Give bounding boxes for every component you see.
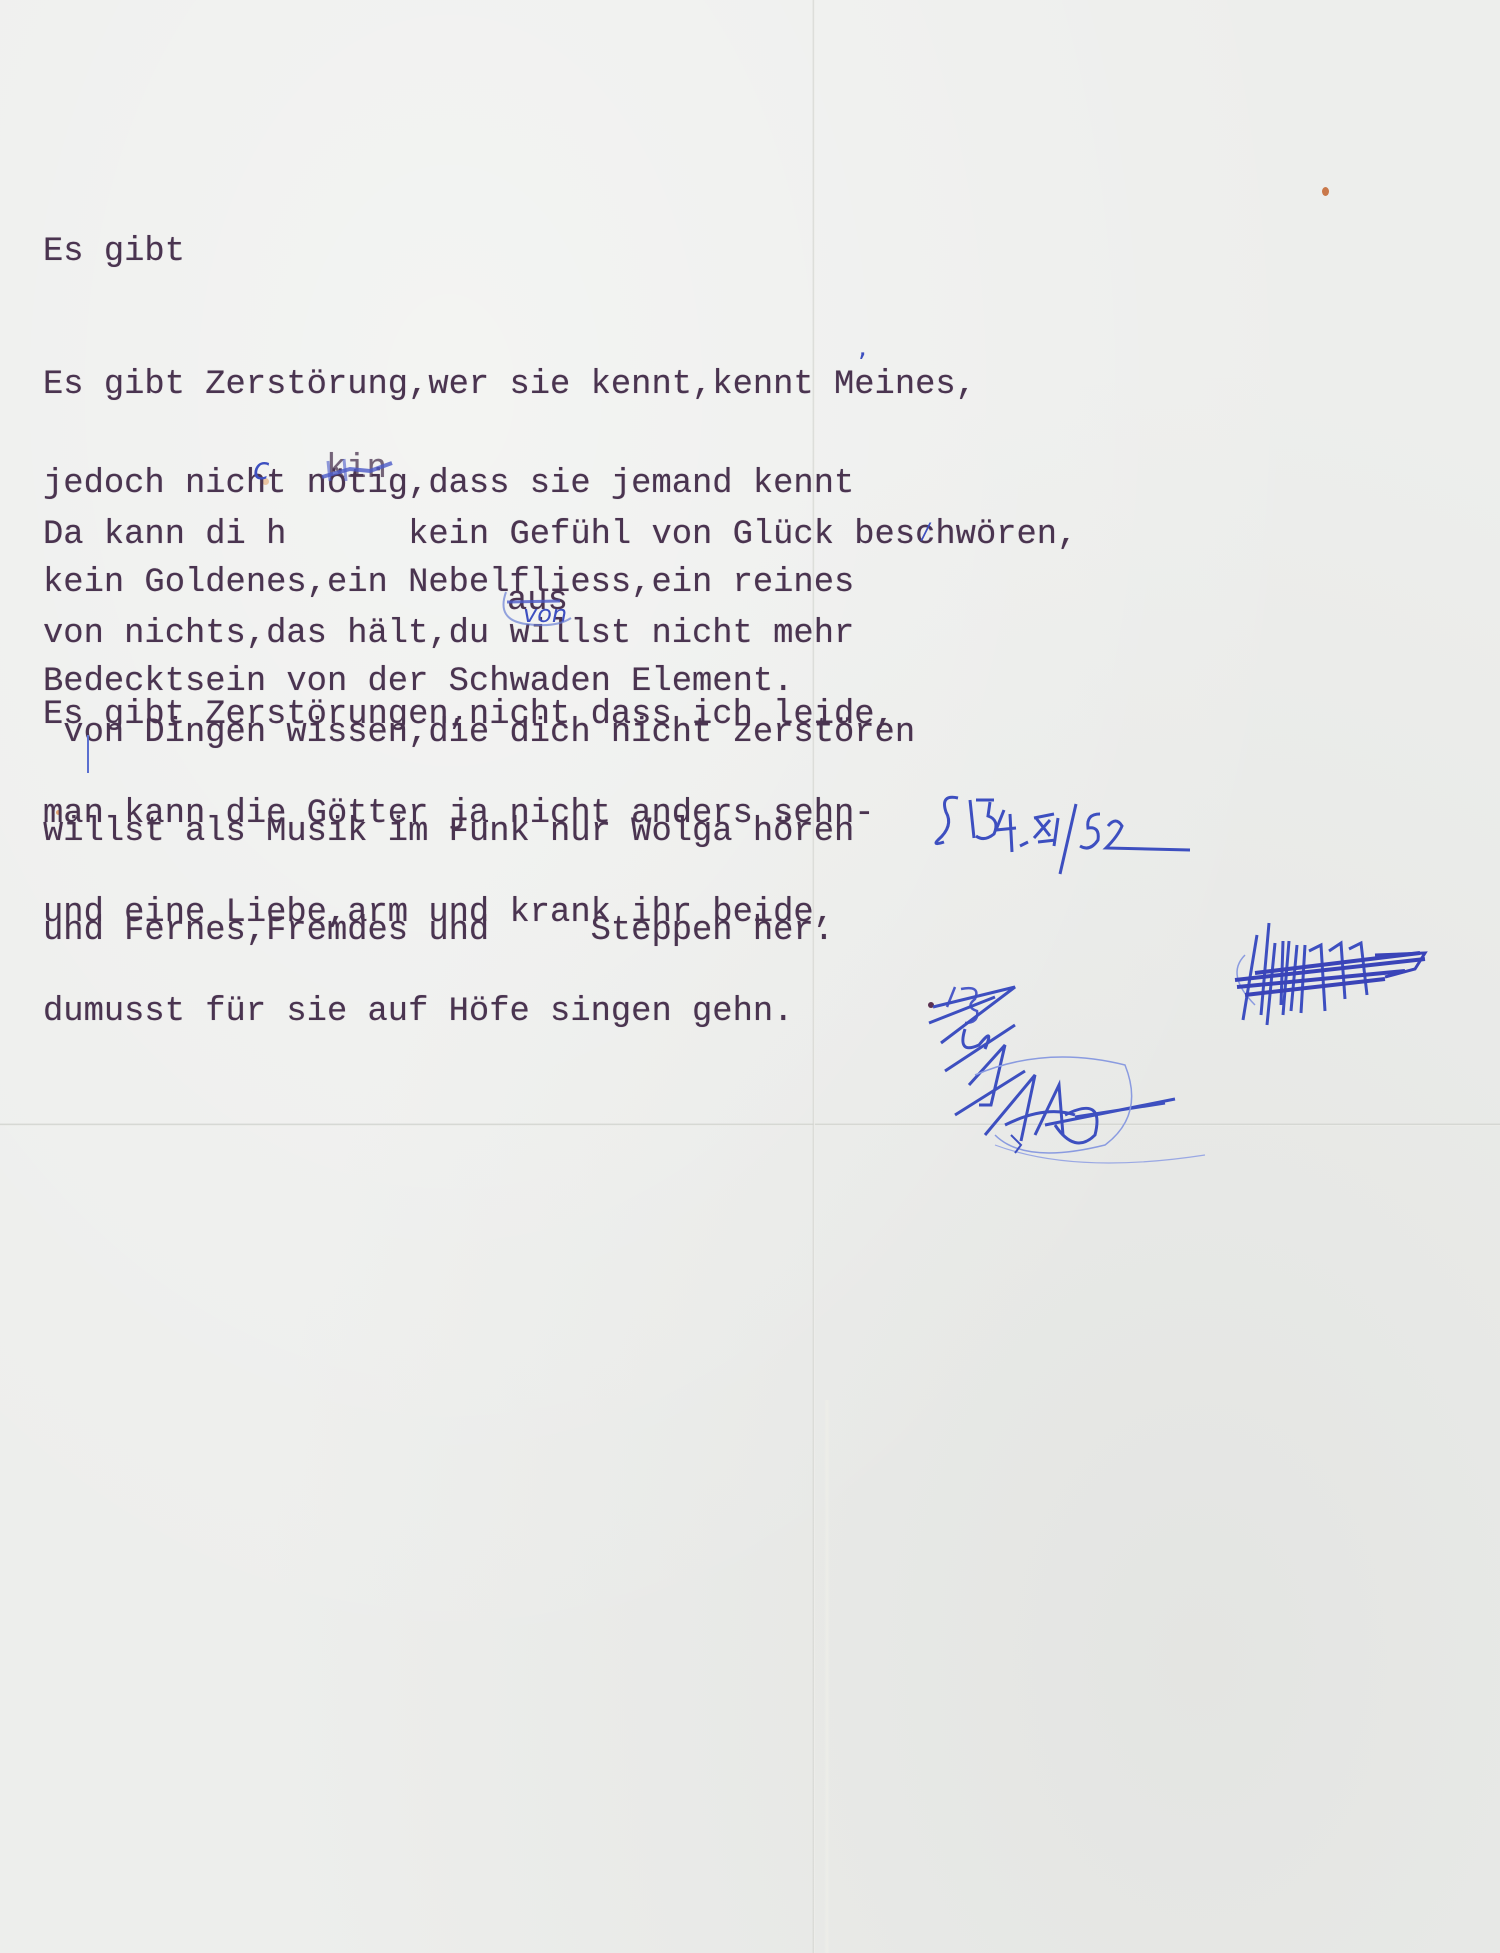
stanza-3: Es gibt Zerstörungen,nicht dass ich leid… xyxy=(43,633,895,1095)
insertion-loop-mark xyxy=(496,590,576,630)
vertical-fold-line-lower xyxy=(824,1400,830,1953)
handwritten-comma: , xyxy=(858,330,867,363)
horizontal-fold-line xyxy=(0,1123,1500,1126)
orange-stain-spot xyxy=(1322,187,1329,196)
crossed-out-scribble-left xyxy=(925,985,1205,1185)
poem-line: und eine Liebe,arm und krank ihr beide, xyxy=(43,897,895,930)
crossed-out-scribble-right xyxy=(1225,915,1435,1035)
poem-line: Es gibt Zerstörungen,nicht dass ich leid… xyxy=(43,699,895,732)
vertical-insert-mark xyxy=(86,735,90,775)
poem-line: Es gibt Zerstörung,wer sie kennt,kennt M… xyxy=(43,369,976,402)
poem-line: dumusst für sie auf Höfe singen gehn. xyxy=(43,996,895,1029)
handwritten-insert-c: c xyxy=(253,452,270,487)
paper-sheet: Es gibt Es gibt Zerstörung,wer sie kennt… xyxy=(0,0,1500,1953)
handwritten-slash-comma: / xyxy=(922,520,929,545)
strike-through-mark xyxy=(320,455,400,485)
poem-title: Es gibt xyxy=(43,236,185,269)
handwritten-date-note xyxy=(930,790,1210,880)
poem-line: man kann die Götter ja nicht anders sehn… xyxy=(43,798,895,831)
